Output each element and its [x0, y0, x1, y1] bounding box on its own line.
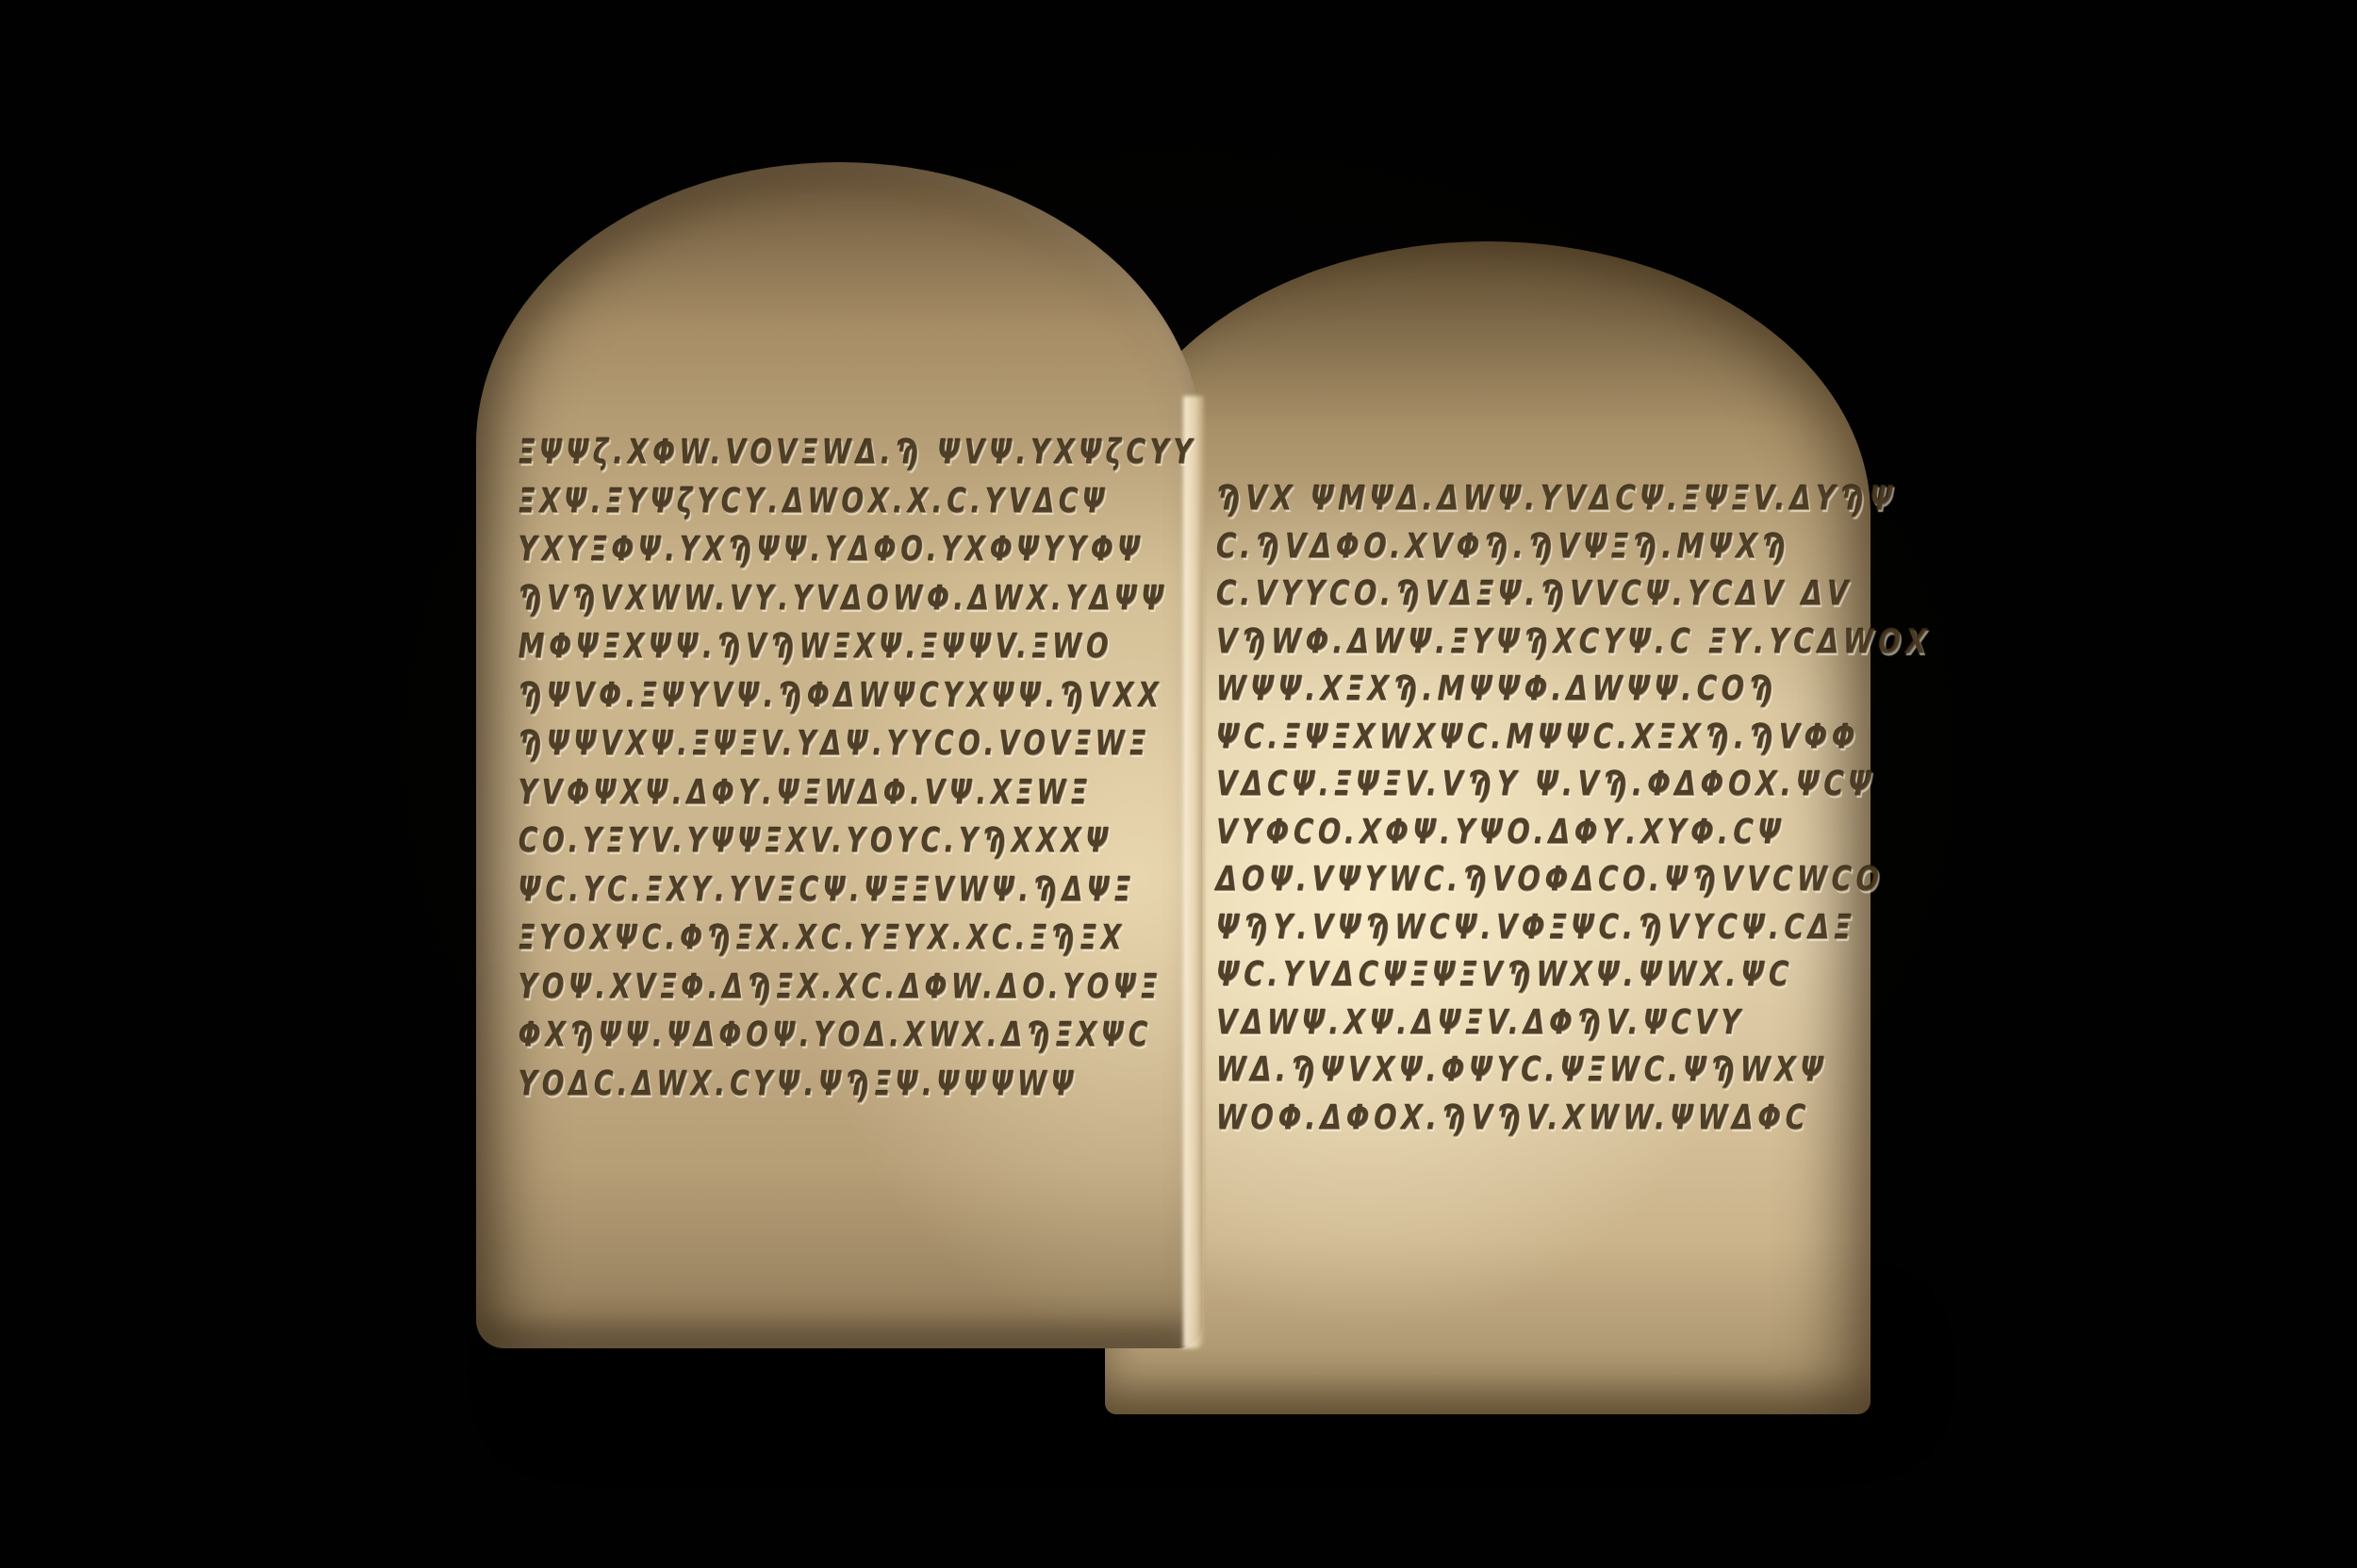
inscription-line: ΥΧΥΞΦΨ.ΥΧϠΨΨ.ΥΔΦO.ΥΧΦΨΥΥΦΨ	[515, 526, 1200, 575]
right-tablet-inscription: ϠVΧ ΨΜΨΔ.ΔWΨ.ΥVΔϹΨ.ΞΨΞV.ΔΥϠΨ Ϲ.ϠVΔΦO.ΧVΦ…	[1216, 476, 2110, 1143]
inscription-line: ΥOΨ.ΧVΞΦ.ΔϠΞΧ.ΧϹ.ΔΦW.ΔO.ΥOΨΞ	[515, 964, 1200, 1013]
inscription-line: Ϲ.VΥΥϹO.ϠVΔΞΨ.ϠVVϹΨ.ΥϹΔV ΔV	[1212, 571, 1936, 619]
inscription-line: ΔOΨ.VΨΥWϹ.ϠVOΦΔϹO.ΨϠVVϹWϹO	[1212, 857, 1936, 905]
inscription-line: ΨϹ.ΥϹ.ΞΧΥ.ΥVΞϹΨ.ΨΞΞVWΨ.ϠΔΨΞ	[515, 867, 1200, 916]
inscription-line: ΦΧϠΨΨ.ΨΔΦOΨ.ΥOΔ.ΧWΧ.ΔϠΞΧΨϹ	[515, 1012, 1200, 1061]
inscription-line: ΨϠΥ.VΨϠWϹΨ.VΦΞΨϹ.ϠVΥϹΨ.ϹΔΞ	[1212, 905, 1936, 953]
inscription-line: ϠVϠVΧWW.VΥ.ΥVΔOWΦ.ΔWΧ.ΥΔΨΨ	[515, 575, 1200, 624]
inscription-line: ΨϹ.ΥVΔϹΨΞΨΞVϠWΧΨ.ΨWΧ.ΨϹ	[1212, 952, 1936, 1000]
inscription-line: VΥΦϹO.ΧΦΨ.ΥΨO.ΔΦΥ.ΧΥΦ.ϹΨ	[1212, 810, 1936, 858]
inscription-line: ΞΥOΧΨϹ.ΦϠΞΧ.ΧϹ.ΥΞΥΧ.ΧϹ.ΞϠΞΧ	[515, 915, 1200, 964]
inscription-line: VΔWΨ.ΧΨ.ΔΨΞV.ΔΦϠV.ΨϹVΥ	[1212, 1000, 1936, 1048]
inscription-line: ΜΦΨΞΧΨΨ.ϠVϠWΞΧΨ.ΞΨΨV.ΞWO	[515, 623, 1200, 672]
inscription-line: ϠΨVΦ.ΞΨΥVΨ.ϠΦΔWΨϹΥΧΨΨ.ϠVΧΧ	[515, 672, 1200, 721]
inscription-line: WΔ.ϠΨVΧΨ.ΦΨΥϹ.ΨΞWϹ.ΨϠWΧΨ	[1212, 1048, 1936, 1096]
inscription-line: ΞΨΨζ.ΧΦW.VOVΞWΔ.Ϡ ΨVΨ.ΥΧΨζCΥΥ	[515, 429, 1200, 478]
inscription-line: VΔϹΨ.ΞΨΞV.VϠΥ Ψ.VϠ.ΦΔΦOΧ.ΨϹΨ	[1212, 762, 1936, 810]
inscription-line: ΞΧΨ.ΞΥΨζΥCΥ.ΔWOΧ.Χ.Ϲ.ΥVΔϹΨ	[515, 478, 1200, 527]
inscription-line: ϠΨΨVΧΨ.ΞΨΞV.ΥΔΨ.ΥΥϹO.VOVΞWΞ	[515, 720, 1200, 769]
inscription-line: ϠVΧ ΨΜΨΔ.ΔWΨ.ΥVΔϹΨ.ΞΨΞV.ΔΥϠΨ	[1212, 476, 1936, 524]
inscription-line: WΨΨ.ΧΞΧϠ.ΜΨΨΦ.ΔWΨΨ.ϹOϠ	[1212, 667, 1936, 715]
inscription-line: ϹO.ΥΞΥV.ΥΨΨΞΧV.ΥOΥϹ.ΥϠΧΧΧΨ	[515, 817, 1200, 867]
inscription-line: ΥOΔϹ.ΔWΧ.ϹΥΨ.ΨϠΞΨ.ΨΨΨWΨ	[515, 1061, 1200, 1110]
inscription-line: Ϲ.ϠVΔΦO.ΧVΦϠ.ϠVΨΞϠ.ΜΨΧϠ	[1212, 524, 1936, 572]
inscription-line: VϠWΦ.ΔWΨ.ΞΥΨϠΧϹΥΨ.Ϲ ΞΥ.ΥϹΔWOΧ	[1212, 619, 1936, 668]
inscription-line: WOΦ.ΔΦOΧ.ϠVϠV.ΧWW.ΨWΔΦϹ	[1212, 1096, 1936, 1144]
inscription-line: ΨϹ.ΞΨΞΧWΧΨϹ.ΜΨΨϹ.ΧΞΧϠ.ϠVΦΦ	[1212, 715, 1936, 763]
inscription-line: ΥVΦΨΧΨ.ΔΦΥ.ΨΞWΔΦ.VΨ.ΧΞWΞ	[515, 769, 1200, 818]
